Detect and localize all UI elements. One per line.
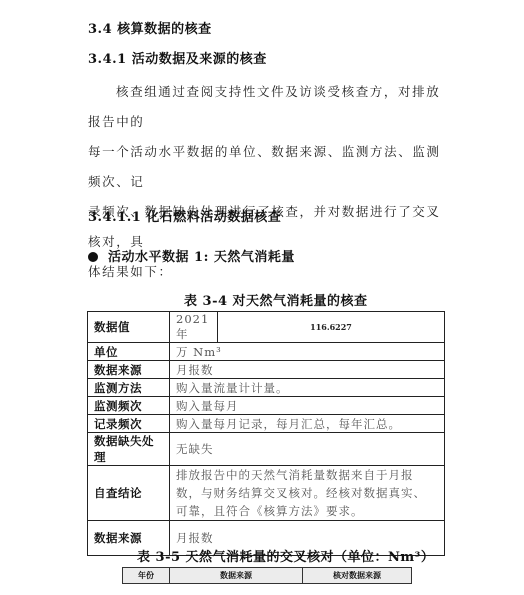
table-row: 自查结论 排放报告中的天然气消耗量数据来自于月报数，与财务结算交叉核对。经核对数…: [88, 466, 445, 521]
bullet-item-activity-data: 活动水平数据 1: 天然气消耗量: [88, 246, 295, 265]
value-cell: 购入量每月记录，每月汇总，每年汇总。: [170, 415, 445, 433]
value-cell: 月报数: [170, 361, 445, 379]
table-row: 数据值 2021 年 116.6227: [88, 312, 445, 343]
section-heading-3-4: 3.4 核算数据的核查: [88, 18, 212, 37]
table-header-row: 年份 数据来源 核对数据来源: [123, 568, 412, 584]
natural-gas-check-table: 数据值 2021 年 116.6227 单位 万 Nm³ 数据来源 月报数 监测…: [87, 311, 445, 556]
data-value-cell: 116.6227: [218, 312, 445, 343]
table-row: 监测频次 购入量每月: [88, 397, 445, 415]
table-row: 数据来源 月报数: [88, 361, 445, 379]
row-label: 监测方法: [88, 379, 170, 397]
value-cell: 购入量每月: [170, 397, 445, 415]
value-cell: 购入量流量计计量。: [170, 379, 445, 397]
table-3-5-caption: 表 3-5 天然气消耗量的交叉核对（单位：Nm³）: [137, 546, 434, 565]
conclusion-cell: 排放报告中的天然气消耗量数据来自于月报数，与财务结算交叉核对。经核对数据真实、可…: [170, 466, 445, 521]
row-label: 数据缺失处理: [88, 433, 170, 466]
row-label: 数据来源: [88, 361, 170, 379]
row-label: 监测频次: [88, 397, 170, 415]
bullet-icon: [88, 252, 98, 262]
paragraph-line: 每一个活动水平数据的单位、数据来源、监测方法、监测频次、记: [88, 137, 448, 197]
table-3-4-caption: 表 3-4 对天然气消耗量的核查: [184, 290, 368, 309]
row-label: 单位: [88, 343, 170, 361]
row-label: 数据值: [88, 312, 170, 343]
row-label: 自查结论: [88, 466, 170, 521]
column-header-year: 年份: [123, 568, 170, 584]
table-row: 数据缺失处理 无缺失: [88, 433, 445, 466]
table-row: 监测方法 购入量流量计计量。: [88, 379, 445, 397]
row-label: 记录频次: [88, 415, 170, 433]
section-heading-3-4-1-1: 3.4.1.1 化石燃料活动数据核查: [88, 206, 281, 225]
value-cell: 无缺失: [170, 433, 445, 466]
unit-cell: 万 Nm³: [170, 343, 445, 361]
table-row: 单位 万 Nm³: [88, 343, 445, 361]
paragraph-line: 核查组通过查阅支持性文件及访谈受核查方，对排放报告中的: [88, 77, 448, 137]
column-header-check-source: 核对数据来源: [303, 568, 412, 584]
section-heading-3-4-1: 3.4.1 活动数据及来源的核查: [88, 48, 267, 67]
year-cell: 2021 年: [170, 312, 218, 343]
cross-check-table: 年份 数据来源 核对数据来源: [122, 567, 412, 584]
table-row: 记录频次 购入量每月记录，每月汇总，每年汇总。: [88, 415, 445, 433]
column-header-data-source: 数据来源: [170, 568, 303, 584]
